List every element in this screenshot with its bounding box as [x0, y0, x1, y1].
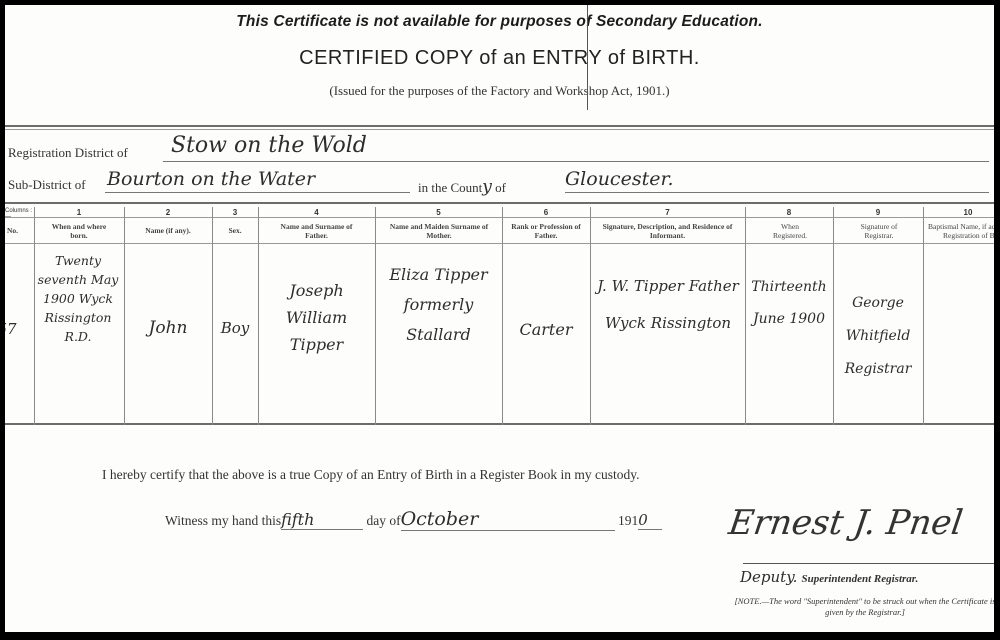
cell-registrar: George Whitfield Registrar [833, 287, 923, 386]
column-number-5: 5 [375, 208, 502, 217]
column-number-3: 3 [212, 208, 258, 217]
cell-when-where: Twenty seventh May 1900 Wyck Rissington … [36, 251, 120, 346]
column-number-1: 1 [34, 208, 124, 217]
subdistrict-label: Sub-District of [8, 177, 86, 193]
column-header-mother: Name and Maiden Surname of Mother. [383, 222, 495, 240]
year-prefix: 191 [618, 513, 638, 528]
cell-sex: Boy [212, 317, 258, 339]
cell-informant: J. W. Tipper Father Wyck Rissington [592, 268, 744, 342]
county-label-y: y [482, 177, 492, 197]
registrar-note: [NOTE.—The word "Superintendent" to be s… [725, 596, 994, 618]
witness-line: Witness my hand thisfifth day ofOctober … [165, 508, 662, 531]
birth-certificate: This Certificate is not available for pu… [5, 5, 994, 632]
column-number-9: 9 [833, 208, 923, 217]
subdistrict-value: Bourton on the Water [105, 168, 410, 193]
column-header-when-where: When and where born. [47, 222, 111, 240]
column-header-baptismal: Baptismal Name, if added after Registrat… [925, 222, 994, 240]
cell-mother: Eliza Tipper formerly Stallard [377, 260, 500, 350]
cell-profession: Carter [502, 319, 590, 341]
column-divider [375, 207, 376, 425]
column-header-profession: Rank or Profession of Father. [505, 222, 587, 240]
column-divider [34, 207, 35, 425]
signature-title: Deputy. Superintendent Registrar. [740, 568, 918, 587]
witness-label: Witness my hand this [165, 513, 281, 528]
county-text: Gloucester. [565, 168, 673, 190]
top-rule [5, 125, 994, 127]
column-header-no: No. [5, 226, 36, 235]
header-bottom-rule [5, 243, 994, 244]
registration-district-label: Registration District of [8, 145, 128, 161]
deputy-text: Deputy. [740, 568, 797, 586]
year-suffix: 0 [638, 511, 662, 530]
column-divider [212, 207, 213, 425]
witness-day: fifth [281, 510, 363, 530]
signature-line [743, 563, 994, 564]
county-value: Gloucester. [565, 168, 989, 193]
column-divider [124, 207, 125, 425]
certification-statement: I hereby certify that the above is a tru… [102, 467, 640, 483]
registrar-signature: Ernest J. Pnel [726, 503, 965, 543]
column-header-registrar: Signature of Registrar. [850, 222, 908, 240]
column-number-10: 10 [923, 208, 994, 217]
registration-district-text: Stow on the Wold [163, 133, 367, 158]
superintendent-registrar-label: Superintendent Registrar. [801, 573, 918, 585]
column-header-name: Name (if any). [124, 226, 212, 235]
table-top-rule [5, 202, 994, 204]
columns-label: Columns :— [5, 208, 34, 220]
cell-registered: Thirteenth June 1900 [745, 271, 833, 335]
certificate-subtitle: (Issued for the purposes of the Factory … [5, 83, 994, 99]
column-header-sex: Sex. [212, 226, 258, 235]
top-rule-thin [5, 129, 994, 130]
entry-number: 57 [5, 318, 17, 340]
cell-name: John [124, 317, 212, 339]
county-label-text: in the Count [418, 180, 482, 195]
secondary-education-warning: This Certificate is not available for pu… [5, 13, 994, 31]
column-divider [258, 207, 259, 425]
column-number-2: 2 [124, 208, 212, 217]
column-number-7: 7 [590, 208, 745, 217]
column-divider [502, 207, 503, 425]
column-divider [590, 207, 591, 425]
column-number-rule [5, 217, 994, 218]
column-header-registered: When Registered. [770, 222, 810, 240]
fold-crease [587, 5, 588, 110]
subdistrict-text: Bourton on the Water [105, 168, 315, 190]
county-label: in the County of [418, 177, 506, 197]
column-number-4: 4 [258, 208, 375, 217]
column-header-father: Name and Surname of Father. [273, 222, 360, 240]
registration-district-value: Stow on the Wold [163, 133, 989, 162]
column-header-informant: Signature, Description, and Residence of… [600, 222, 735, 240]
column-number-6: 6 [502, 208, 590, 217]
column-number-8: 8 [745, 208, 833, 217]
column-divider [923, 207, 924, 425]
witness-month: October [401, 508, 615, 531]
certificate-title: CERTIFIED COPY of an ENTRY of BIRTH. [5, 47, 994, 70]
cell-father: Joseph William Tipper [260, 277, 373, 358]
table-bottom-rule [5, 423, 994, 425]
day-of-label: day of [366, 513, 400, 528]
county-of-label: of [495, 180, 506, 195]
